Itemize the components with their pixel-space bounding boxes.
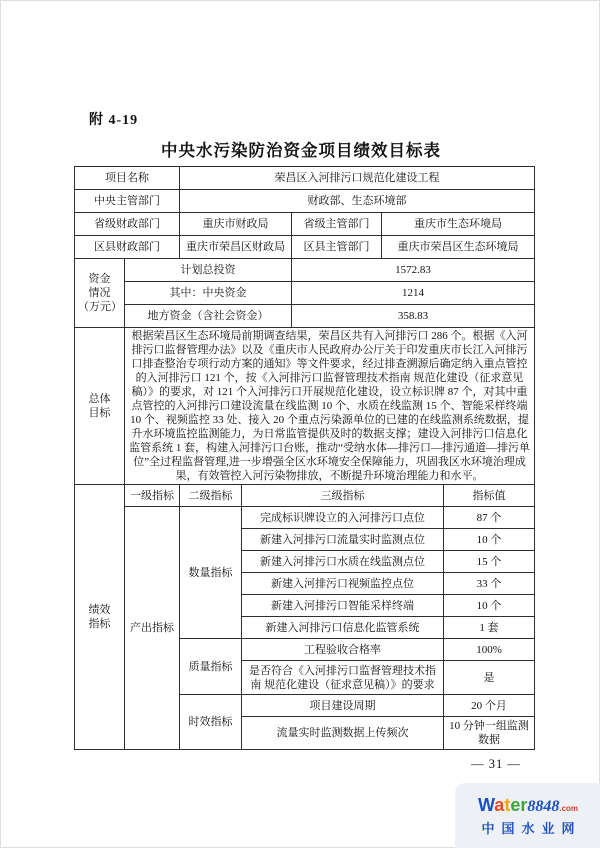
indicator-text: 工程验收合格率 xyxy=(242,639,444,661)
county-dept-value: 重庆市荣昌区生态环境局 xyxy=(382,236,535,259)
table-row-funding-central: 其中：中央资金 1214 xyxy=(75,282,535,305)
table-row-central-dept: 中央主管部门 财政部、生态环境部 xyxy=(75,190,535,213)
funding-total-value: 1572.83 xyxy=(292,259,535,282)
perf-level2-quality: 质量指标 xyxy=(180,639,242,695)
goal-group-label: 总体 目标 xyxy=(75,328,125,485)
prov-finance-value: 重庆市财政局 xyxy=(180,213,292,236)
indicator-value: 33 个 xyxy=(444,573,535,595)
logo-subtitle: 中国水业网 xyxy=(455,821,600,836)
table-row-funding-total: 资金 情况 （万元） 计划总投资 1572.83 xyxy=(75,259,535,282)
indicator-text: 新建入河排污口视频监控点位 xyxy=(242,573,444,595)
indicator-text: 新建入河排污口水质在线监测点位 xyxy=(242,551,444,573)
table-row-project-name: 项目名称 荣昌区入河排污口规范化建设工程 xyxy=(75,167,535,190)
table-row-provincial: 省级财政部门 重庆市财政局 省级主管部门 重庆市生态环境局 xyxy=(75,213,535,236)
goal-text: 根据荣昌区生态环境局前期调查结果，荣昌区共有入河排污口 286 个。根据《入河排… xyxy=(125,328,535,485)
logo-tld: .com xyxy=(559,804,578,813)
perf-group-label: 绩效 指标 xyxy=(75,485,125,750)
table-row-funding-local: 地方资金（含社会资金） 358.83 xyxy=(75,305,535,328)
county-finance-value: 重庆市荣昌区财政局 xyxy=(180,236,292,259)
indicator-value: 10 个 xyxy=(444,529,535,551)
indicator-value: 87 个 xyxy=(444,507,535,529)
indicator-value: 是 xyxy=(444,661,535,695)
watermark-logo: Water8848.com 中国水业网 xyxy=(455,783,600,848)
funding-local-label: 地方资金（含社会资金） xyxy=(125,305,292,328)
perf-header-level2: 二级指标 xyxy=(180,485,242,507)
funding-local-value: 358.83 xyxy=(292,305,535,328)
county-finance-label: 区县财政部门 xyxy=(75,236,180,259)
performance-target-table: 项目名称 荣昌区入河排污口规范化建设工程 中央主管部门 财政部、生态环境部 省级… xyxy=(74,166,535,750)
central-dept-value: 财政部、生态环境部 xyxy=(180,190,535,213)
table-row-county: 区县财政部门 重庆市荣昌区财政局 区县主管部门 重庆市荣昌区生态环境局 xyxy=(75,236,535,259)
indicator-text: 新建入河排污口流量实时监测点位 xyxy=(242,529,444,551)
page-title: 中央水污染防治资金项目绩效目标表 xyxy=(1,137,600,161)
indicator-value: 10 个 xyxy=(444,595,535,617)
indicator-text: 新建入河排污口智能采样终端 xyxy=(242,595,444,617)
indicator-value: 1 套 xyxy=(444,617,535,639)
logo-number: 8848 xyxy=(527,798,559,815)
county-dept-label: 区县主管部门 xyxy=(292,236,382,259)
indicator-text: 项目建设周期 xyxy=(242,695,444,717)
funding-central-value: 1214 xyxy=(292,282,535,305)
indicator-value: 10 分钟一组监测数据 xyxy=(444,717,535,750)
document-page: 附 4-19 中央水污染防治资金项目绩效目标表 项目名称 荣昌区入河排污口规范化… xyxy=(0,0,600,848)
indicator-text: 完成标识牌设立的入河排污口点位 xyxy=(242,507,444,529)
logo-letter-w: W xyxy=(478,795,494,815)
funding-central-label: 其中：中央资金 xyxy=(125,282,292,305)
logo-letter-e: e xyxy=(510,795,520,815)
funding-total-label: 计划总投资 xyxy=(125,259,292,282)
indicator-value: 20 个月 xyxy=(444,695,535,717)
table-row-quantity-1: 产出指标 数量指标 完成标识牌设立的入河排污口点位 87 个 xyxy=(75,507,535,529)
prov-dept-value: 重庆市生态环境局 xyxy=(382,213,535,236)
indicator-text: 流量实时监测数据上传频次 xyxy=(242,717,444,750)
perf-header-level1: 一级指标 xyxy=(125,485,180,507)
central-dept-label: 中央主管部门 xyxy=(75,190,180,213)
prov-dept-label: 省级主管部门 xyxy=(292,213,382,236)
table-row-overall-goal: 总体 目标 根据荣昌区生态环境局前期调查结果，荣昌区共有入河排污口 286 个。… xyxy=(75,328,535,485)
project-name-label: 项目名称 xyxy=(75,167,180,190)
perf-level2-quantity: 数量指标 xyxy=(180,507,242,639)
attachment-label: 附 4-19 xyxy=(89,109,138,129)
table-row-perf-header: 绩效 指标 一级指标 二级指标 三级指标 指标值 xyxy=(75,485,535,507)
page-number: — 31 — xyxy=(453,757,539,772)
perf-level1-output: 产出指标 xyxy=(125,507,180,750)
indicator-value: 100% xyxy=(444,639,535,661)
indicator-value: 15 个 xyxy=(444,551,535,573)
perf-header-level3: 三级指标 xyxy=(242,485,444,507)
logo-brand-line: Water8848.com xyxy=(455,796,600,818)
perf-level2-timeliness: 时效指标 xyxy=(180,695,242,750)
indicator-text: 是否符合《入河排污口监督管理技术指南 规范化建设（征求意见稿）》的要求 xyxy=(242,661,444,695)
funding-group-label: 资金 情况 （万元） xyxy=(75,259,125,328)
indicator-text: 新建入河排污口信息化监管系统 xyxy=(242,617,444,639)
prov-finance-label: 省级财政部门 xyxy=(75,213,180,236)
perf-header-value: 指标值 xyxy=(444,485,535,507)
logo-letter-a: a xyxy=(494,795,504,815)
project-name-value: 荣昌区入河排污口规范化建设工程 xyxy=(180,167,535,190)
